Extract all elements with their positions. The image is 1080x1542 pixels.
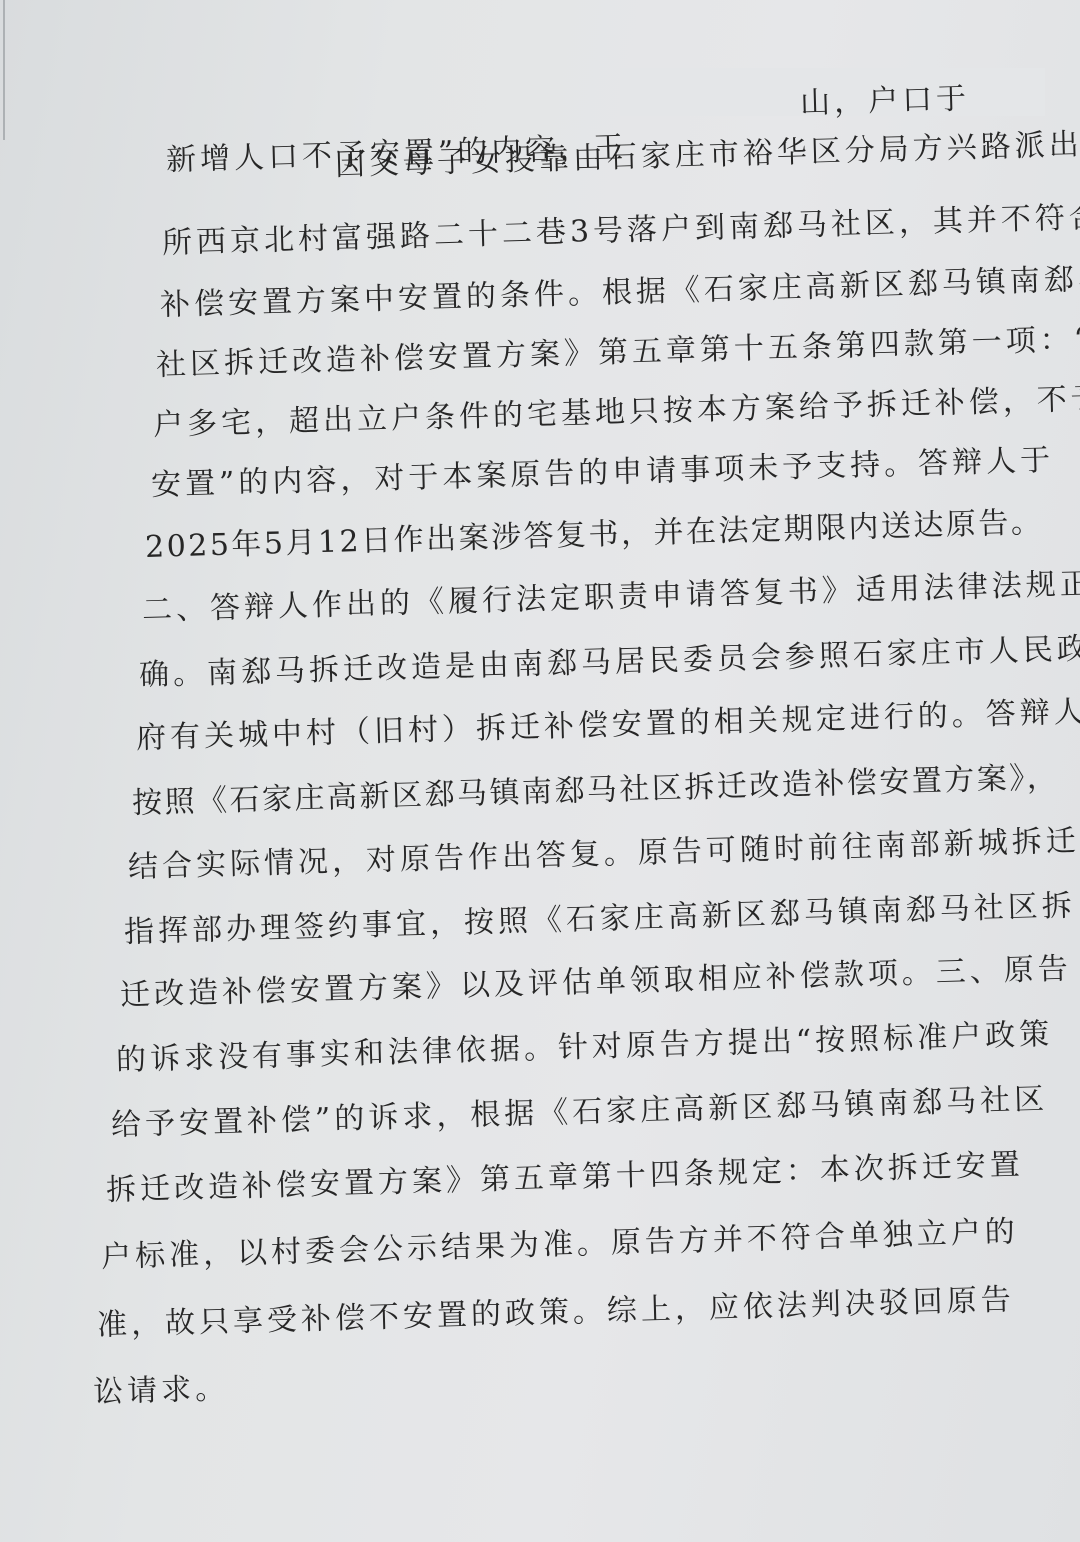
text-line: 迁改造补偿安置方案》以及评估单领取相应补偿款项。三、原告	[119, 943, 1072, 1014]
text-line-last: 讼请求。	[92, 1363, 229, 1411]
text-line: 结合实际情况，对原告作出答复。原告可随时前往南部新城拆迁	[127, 815, 1080, 886]
text-line: 二、答辩人作出的《履行法定职责申请答复书》适用法律法规正	[141, 558, 1080, 629]
page-edge-shadow	[3, 0, 5, 140]
text-line: 确。南郄马拆迁改造是由南郄马居民委员会参照石家庄市人民政	[138, 623, 1080, 694]
text-line: 按照《石家庄高新区郄马镇南郄马社区拆迁改造补偿安置方案》，	[131, 752, 1059, 822]
text-line: 指挥部办理签约事宜，按照《石家庄高新区郄马镇南郄马社区拆	[123, 880, 1076, 951]
text-line: 安置”的内容，对于本案原告的申请事项未予支持。答辩人于	[150, 435, 1054, 504]
text-line: 户标准，以村委会公示结果为准。原告方并不符合单独立户的	[100, 1206, 1019, 1276]
text-line: 准，故只享受补偿不安置的政策。综上，应依法判决驳回原告	[96, 1274, 1015, 1344]
text-line: 户多宅，超出立户条件的宅基地只按本方案给予拆迁补偿，不予	[152, 373, 1080, 444]
text-line: 府有关城中村（旧村）拆迁补偿安置的相关规定进行的。答辩人	[135, 686, 1080, 757]
text-line: 2025年5月12日作出案涉答复书，并在法定期限内送达原告。	[144, 497, 1043, 566]
text-line: 给予安置补偿”的诉求，根据《石家庄高新区郄马镇南郄马社区	[110, 1074, 1048, 1144]
text-line: 社区拆迁改造补偿安置方案》第五章第十五条第四款第一项：“一	[155, 313, 1080, 384]
text-line: 补偿安置方案中安置的条件。根据《石家庄高新区郄马镇南郄马	[159, 253, 1080, 324]
text-line: 所西京北村富强路二十二巷3号落户到南郄马社区，其并不符合	[161, 192, 1080, 262]
text-line-redacted-fragment: 山，户口于	[799, 73, 970, 122]
text-line: 的诉求没有事实和法律依据。针对原告方提出“按照标准户政策	[115, 1009, 1053, 1079]
text-line: 拆迁改造补偿安置方案》第五章第十四条规定：本次拆迁安置	[105, 1139, 1024, 1209]
